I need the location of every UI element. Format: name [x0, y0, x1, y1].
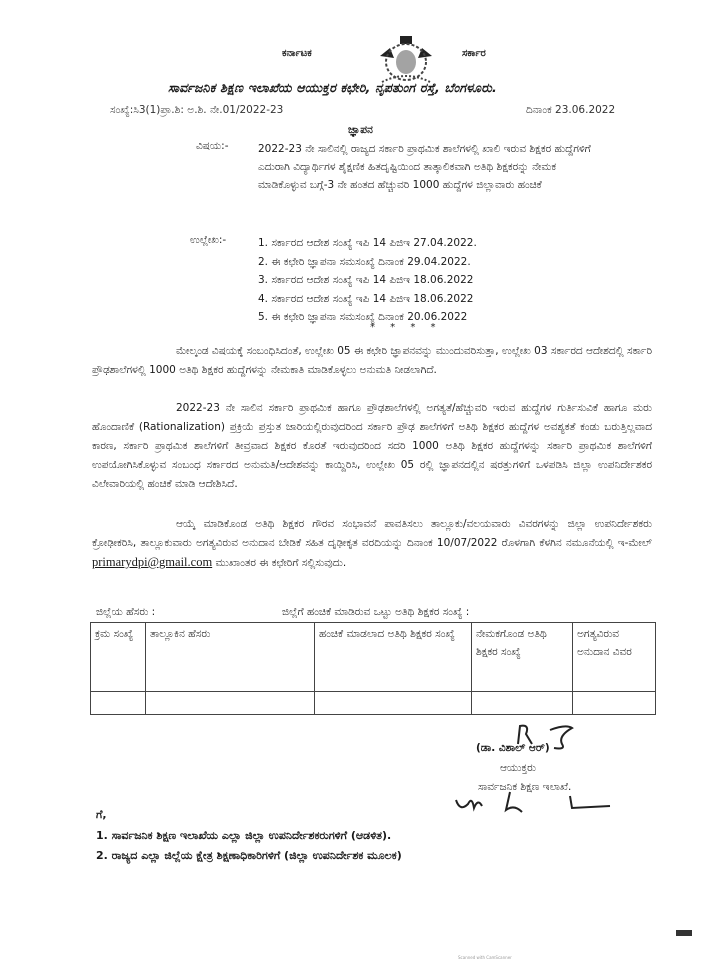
allocation-form-table: ಕ್ರಮ ಸಂಖ್ಯೆ ತಾಲ್ಲೂಕಿನ ಹೆಸರು ಹಂಚಿಕೆ ಮಾಡಲಾ… [90, 622, 656, 715]
scan-mark-icon [676, 930, 692, 936]
section-separator: * * * * [370, 322, 442, 333]
reference-item: 1. ಸರ್ಕಾರದ ಆದೇಶ ಸಂಖ್ಯೆ ಇಪಿ 14 ಪಿಜಿಇ 27.0… [258, 234, 618, 253]
reference-item: 4. ಸರ್ಕಾರದ ಆದೇಶ ಸಂಖ್ಯೆ ಇಪಿ 14 ಪಿಜಿಇ 18.0… [258, 290, 618, 309]
table-cell [472, 692, 573, 715]
body-paragraph-1: ಮೇಲ್ಕಂಡ ವಿಷಯಕ್ಕೆ ಸಂಬಂಧಿಸಿದಂತೆ, ಉಲ್ಲೇಖ 05… [92, 342, 652, 380]
scanner-watermark: Scanned with CamScanner [458, 955, 512, 960]
reference-item: 3. ಸರ್ಕಾರದ ಆದೇಶ ಸಂಖ್ಯೆ ಇಪಿ 14 ಪಿಜಿಇ 18.0… [258, 271, 618, 290]
header-state-word: ಕರ್ನಾಟಕ [282, 48, 312, 59]
karnataka-emblem-icon [372, 34, 440, 84]
column-header-taluk: ತಾಲ್ಲೂಕಿನ ಹೆಸರು [146, 623, 315, 692]
column-header-serial: ಕ್ರಮ ಸಂಖ್ಯೆ [91, 623, 146, 692]
document-date: ದಿನಾಂಕ 23.06.2022 [526, 104, 615, 117]
body-paragraph-3: ಆಯ್ಕೆ ಮಾಡಿಕೊಂಡ ಅತಿಥಿ ಶಿಕ್ಷಕರ ಗೌರವ ಸಂಭಾವನ… [92, 515, 652, 573]
column-header-grant: ಅಗತ್ಯವಿರುವ ಅನುದಾನ ವಿವರ [573, 623, 656, 692]
table-cell [573, 692, 656, 715]
table-row [91, 692, 656, 715]
recipients-list: 1. ಸಾರ್ವಜನಿಕ ಶಿಕ್ಷಣ ಇಲಾಖೆಯ ಎಲ್ಲಾ ಜಿಲ್ಲಾ … [96, 826, 402, 866]
header-government-word: ಸರ್ಕಾರ [462, 48, 486, 59]
references-label: ಉಲ್ಲೇಖ:- [190, 234, 226, 247]
recipients-label: ಗೆ, [96, 808, 107, 822]
office-name: ಸಾರ್ವಜನಿಕ ಶಿಕ್ಷಣ ಇಲಾಖೆಯ ಆಯುಕ್ತರ ಕಛೇರಿ, ನ… [168, 80, 497, 96]
signatory-name: (ಡಾ. ವಿಶಾಲ್ ಆರ್) [476, 742, 550, 755]
table-cell [146, 692, 315, 715]
table-cell [91, 692, 146, 715]
district-name-label: ಜಿಲ್ಲೆಯ ಹೆಸರು : [96, 606, 155, 619]
paragraph-3-text: ಆಯ್ಕೆ ಮಾಡಿಕೊಂಡ ಅತಿಥಿ ಶಿಕ್ಷಕರ ಗೌರವ ಸಂಭಾವನ… [92, 518, 652, 549]
table-cell [315, 692, 472, 715]
paragraph-3-tail: ಮುಖಾಂತರ ಈ ಕಛೇರಿಗೆ ಸಲ್ಲಿಸುವುದು. [216, 557, 347, 569]
memo-title: ಜ್ಞಾಪನ [348, 124, 373, 137]
recipient-item: 2. ರಾಜ್ಯದ ಎಲ್ಲಾ ಜಿಲ್ಲೆಯ ಕ್ಷೇತ್ರ ಶಿಕ್ಷಣಾಧ… [96, 846, 402, 866]
email-link[interactable]: primarydpi@gmail.com [92, 555, 212, 569]
reference-number: ಸಂಖ್ಯೆ:ಸಿ3(1)ಪ್ರಾ.ಶಿ: ಅ.ಶಿ. ನೇ.01/2022-2… [110, 104, 283, 117]
recipient-item: 1. ಸಾರ್ವಜನಿಕ ಶಿಕ್ಷಣ ಇಲಾಖೆಯ ಎಲ್ಲಾ ಜಿಲ್ಲಾ … [96, 826, 402, 846]
subject-text: 2022-23 ನೇ ಸಾಲಿನಲ್ಲಿ ರಾಜ್ಯದ ಸರ್ಕಾರಿ ಪ್ರಾ… [258, 140, 598, 194]
initials-scribble-icon [452, 790, 612, 816]
total-allocated-label: ಜಿಲ್ಲೆಗೆ ಹಂಚಿಕೆ ಮಾಡಿರುವ ಒಟ್ಟು ಅತಿಥಿ ಶಿಕ್… [282, 606, 469, 619]
subject-label: ವಿಷಯ:- [196, 140, 228, 153]
signatory-designation: ಆಯುಕ್ತರು [500, 762, 536, 775]
reference-item: 2. ಈ ಕಛೇರಿ ಜ್ಞಾಪನಾ ಸಮಸಂಖ್ಯೆ ದಿನಾಂಕ 29.04… [258, 253, 618, 272]
column-header-appointed: ನೇಮಕಗೊಂಡ ಅತಿಥಿ ಶಿಕ್ಷಕರ ಸಂಖ್ಯೆ [472, 623, 573, 692]
body-paragraph-2: 2022-23 ನೇ ಸಾಲಿನ ಸರ್ಕಾರಿ ಪ್ರಾಥಮಿಕ ಹಾಗೂ ಪ… [92, 399, 652, 494]
references-list: 1. ಸರ್ಕಾರದ ಆದೇಶ ಸಂಖ್ಯೆ ಇಪಿ 14 ಪಿಜಿಇ 27.0… [258, 234, 618, 327]
column-header-allocated: ಹಂಚಿಕೆ ಮಾಡಲಾದ ಅತಿಥಿ ಶಿಕ್ಷಕರ ಸಂಖ್ಯೆ [315, 623, 472, 692]
